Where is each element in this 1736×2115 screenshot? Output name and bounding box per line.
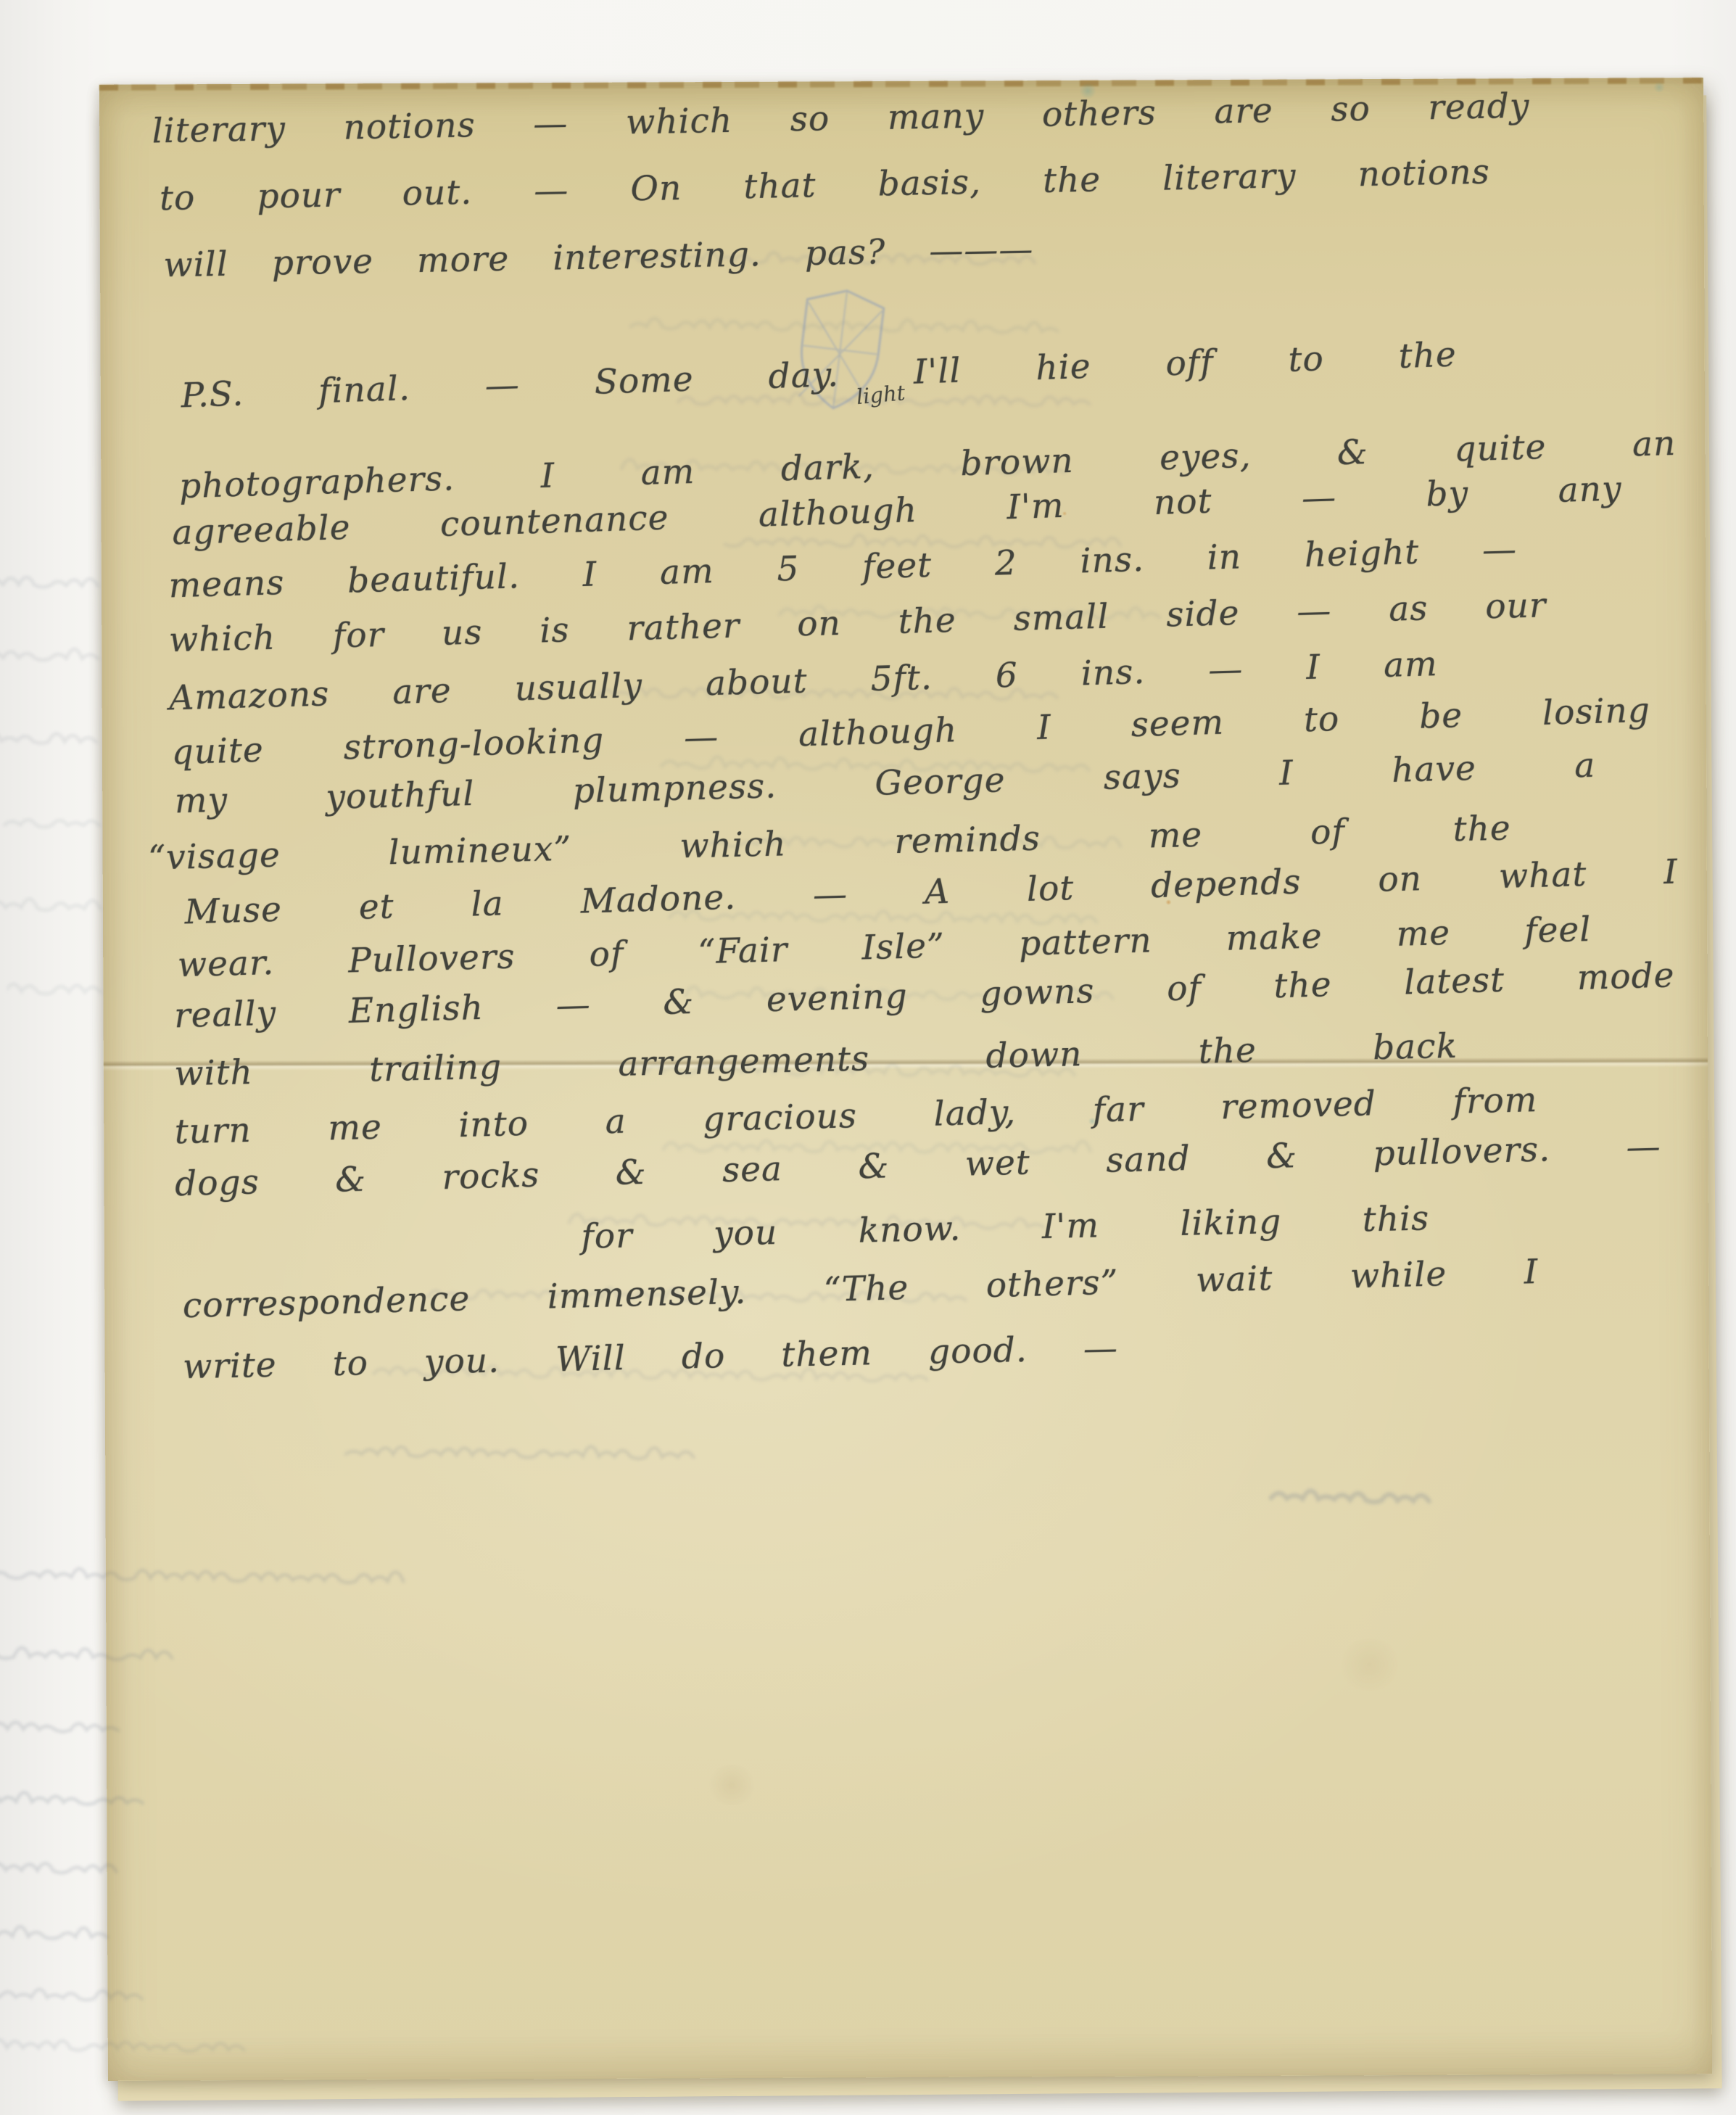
ghost-bleed-line-18 [0, 633, 107, 675]
letter-line-19: for you know. I'm liking this [581, 1199, 1430, 1257]
ghost-bleed-line-20 [0, 801, 108, 842]
letter-line-3: will prove more interesting. pas? ——— [163, 230, 1034, 285]
superscript-inserted-word: light [856, 382, 906, 408]
letter-line-2: to pour out. — On that basis, the litera… [160, 153, 1491, 219]
letter-line-16: with trailing arrangements down the back [174, 1027, 1458, 1094]
ghost-bleed-line-22 [7, 967, 109, 1008]
photo-background: literary notions — which so many others … [0, 0, 1736, 2115]
handwritten-text-block: literary notions — which so many others … [99, 78, 1712, 2081]
letter-line-1: literary notions — which so many others … [152, 87, 1530, 152]
ghost-bleed-line-17 [0, 560, 109, 603]
letter-line-20: correspondence immensely. “The others” w… [182, 1253, 1539, 1326]
ghost-bleed-line-19 [0, 717, 107, 759]
letter-line-21: write to you. Will do them good. — [183, 1329, 1119, 1387]
ghost-bleed-line-21 [0, 883, 110, 925]
letter-line-4: P.S. final. — Some day. I'll hie off to … [181, 336, 1458, 416]
letter-page: literary notions — which so many others … [99, 78, 1712, 2081]
